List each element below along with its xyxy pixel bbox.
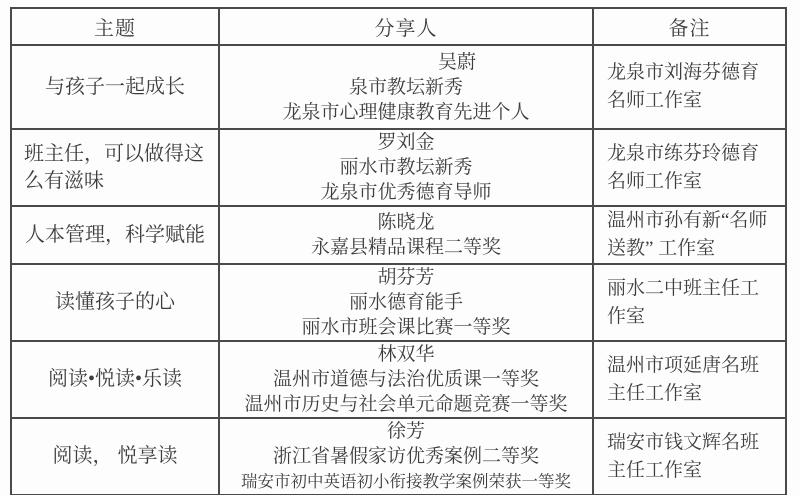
- remark-cell: 龙泉市练芬玲德育名师工作室: [593, 129, 786, 206]
- remark-cell: 龙泉市刘海芬德育名师工作室: [593, 45, 786, 129]
- sharer-credential: 龙泉市心理健康教育先进个人: [226, 100, 586, 125]
- sharer-name: 林双华: [226, 342, 586, 367]
- sharer-cell: 陈晓龙 永嘉县精品课程二等奖: [219, 206, 593, 264]
- table-row: 阅读•悦读•乐读 林双华 温州市道德与法治优质课一等奖 温州市历史与社会单元命题…: [11, 341, 786, 418]
- sharer-credential: 泉市教坛新秀: [226, 75, 586, 100]
- remark-cell: 瑞安市钱文辉名班主任工作室: [593, 418, 786, 495]
- sharer-cell: 徐芳 浙江省暑假家访优秀案例二等奖 瑞安市初中英语初小衔接教学案例荣获一等奖: [219, 418, 593, 495]
- table-header-row: 主题 分享人 备注: [11, 8, 786, 45]
- sharer-credential: 丽水德育能手: [226, 290, 586, 315]
- sharer-name: 罗刘金: [226, 130, 586, 155]
- sharer-credential: 丽水市教坛新秀: [226, 155, 586, 180]
- topic-cell: 阅读， 悦享读: [11, 418, 219, 495]
- topic-cell: 与孩子一起成长: [11, 45, 219, 129]
- sharer-name: 吴蔚: [277, 50, 593, 75]
- sharer-credential: 瑞安市初中英语初小衔接教学案例荣获一等奖: [226, 469, 586, 494]
- remark-cell: 丽水二中班主任工作室: [593, 264, 786, 341]
- sharer-credential: 温州市道德与法治优质课一等奖: [226, 367, 586, 392]
- sharer-name: 胡芬芳: [226, 265, 586, 290]
- column-header-sharer: 分享人: [219, 8, 593, 45]
- table-row: 与孩子一起成长 吴蔚 泉市教坛新秀 龙泉市心理健康教育先进个人 龙泉市刘海芬德育…: [11, 45, 786, 129]
- sharer-cell: 罗刘金 丽水市教坛新秀 龙泉市优秀德育导师: [219, 129, 593, 206]
- sharer-cell: 吴蔚 泉市教坛新秀 龙泉市心理健康教育先进个人: [219, 45, 593, 129]
- table-row: 读懂孩子的心 胡芬芳 丽水德育能手 丽水市班会课比赛一等奖 丽水二中班主任工作室: [11, 264, 786, 341]
- remark-cell: 温州市项延唐名班主任工作室: [593, 341, 786, 418]
- column-header-topic: 主题: [11, 8, 219, 45]
- topic-cell: 人本管理，科学赋能: [11, 206, 219, 264]
- topic-cell: 班主任，可以做得这么有滋味: [11, 129, 219, 206]
- sharer-cell: 林双华 温州市道德与法治优质课一等奖 温州市历史与社会单元命题竞赛一等奖: [219, 341, 593, 418]
- table-row: 班主任，可以做得这么有滋味 罗刘金 丽水市教坛新秀 龙泉市优秀德育导师 龙泉市练…: [11, 129, 786, 206]
- sharer-credential: 浙江省暑假家访优秀案例二等奖: [226, 444, 586, 469]
- remark-cell: 温州市孙有新“名师送教” 工作室: [593, 206, 786, 264]
- sharer-credential: 永嘉县精品课程二等奖: [226, 235, 586, 260]
- table-row: 阅读， 悦享读 徐芳 浙江省暑假家访优秀案例二等奖 瑞安市初中英语初小衔接教学案…: [11, 418, 786, 495]
- sharer-cell: 胡芬芳 丽水德育能手 丽水市班会课比赛一等奖: [219, 264, 593, 341]
- column-header-remark: 备注: [593, 8, 786, 45]
- table-row: 人本管理，科学赋能 陈晓龙 永嘉县精品课程二等奖 温州市孙有新“名师送教” 工作…: [11, 206, 786, 264]
- sharer-credential: 温州市历史与社会单元命题竞赛一等奖: [226, 392, 586, 417]
- sharer-credential: 龙泉市优秀德育导师: [226, 180, 586, 205]
- sharing-schedule-table: 主题 分享人 备注 与孩子一起成长 吴蔚 泉市教坛新秀 龙泉市心理健康教育先进个…: [10, 7, 787, 495]
- topic-cell: 读懂孩子的心: [11, 264, 219, 341]
- topic-cell: 阅读•悦读•乐读: [11, 341, 219, 418]
- sharer-name: 陈晓龙: [226, 210, 586, 235]
- document-page: 主题 分享人 备注 与孩子一起成长 吴蔚 泉市教坛新秀 龙泉市心理健康教育先进个…: [0, 0, 800, 495]
- sharer-name: 徐芳: [226, 419, 586, 444]
- sharer-credential: 丽水市班会课比赛一等奖: [226, 315, 586, 340]
